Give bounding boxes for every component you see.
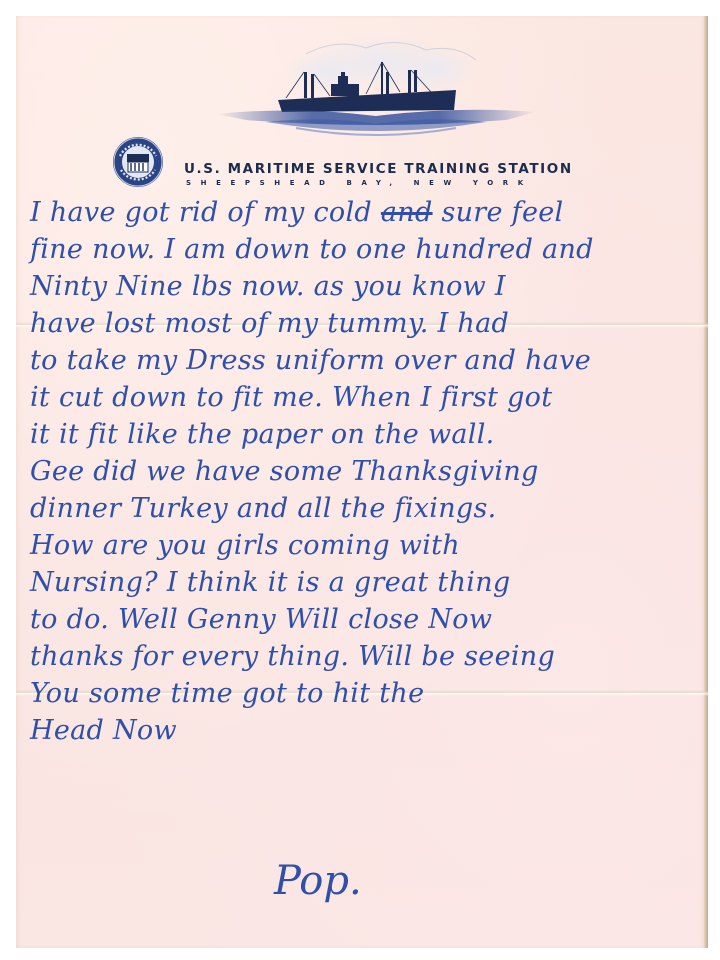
letter-line: You some time got to hit the <box>30 675 700 712</box>
signature: Pop. <box>274 858 362 904</box>
letter-line: fine now. I am down to one hundred and <box>30 231 700 268</box>
letter-line: have lost most of my tummy. I had <box>30 305 700 342</box>
letter-line: it it fit like the paper on the wall. <box>30 416 700 453</box>
letter-line: to do. Well Genny Will close Now <box>30 601 700 638</box>
letter-body: I have got rid of my cold and sure feel … <box>30 194 700 749</box>
struck-word: and <box>381 197 433 228</box>
letterhead-title: U.S. MARITIME SERVICE TRAINING STATION <box>184 161 573 177</box>
letter-line: thanks for every thing. Will be seeing <box>30 638 700 675</box>
maritime-service-seal-icon <box>112 136 164 188</box>
ship-illustration-icon <box>206 32 546 142</box>
letter-line: Gee did we have some Thanksgiving <box>30 453 700 490</box>
letterhead-subtitle: SHEEPSHEAD BAY, NEW YORK <box>186 179 533 187</box>
letter-line: it cut down to fit me. When I first got <box>30 379 700 416</box>
letter-line: Ninty Nine lbs now. as you know I <box>30 268 700 305</box>
letter-line: Head Now <box>30 712 700 749</box>
letter-paper: U.S. MARITIME SERVICE TRAINING STATION S… <box>16 16 708 948</box>
letter-line: dinner Turkey and all the fixings. <box>30 490 700 527</box>
paper-edge <box>704 16 708 948</box>
letter-line: How are you girls coming with <box>30 527 700 564</box>
letter-line: Nursing? I think it is a great thing <box>30 564 700 601</box>
letter-line: to take my Dress uniform over and have <box>30 342 700 379</box>
letter-line: I have got rid of my cold and sure feel <box>30 194 700 231</box>
